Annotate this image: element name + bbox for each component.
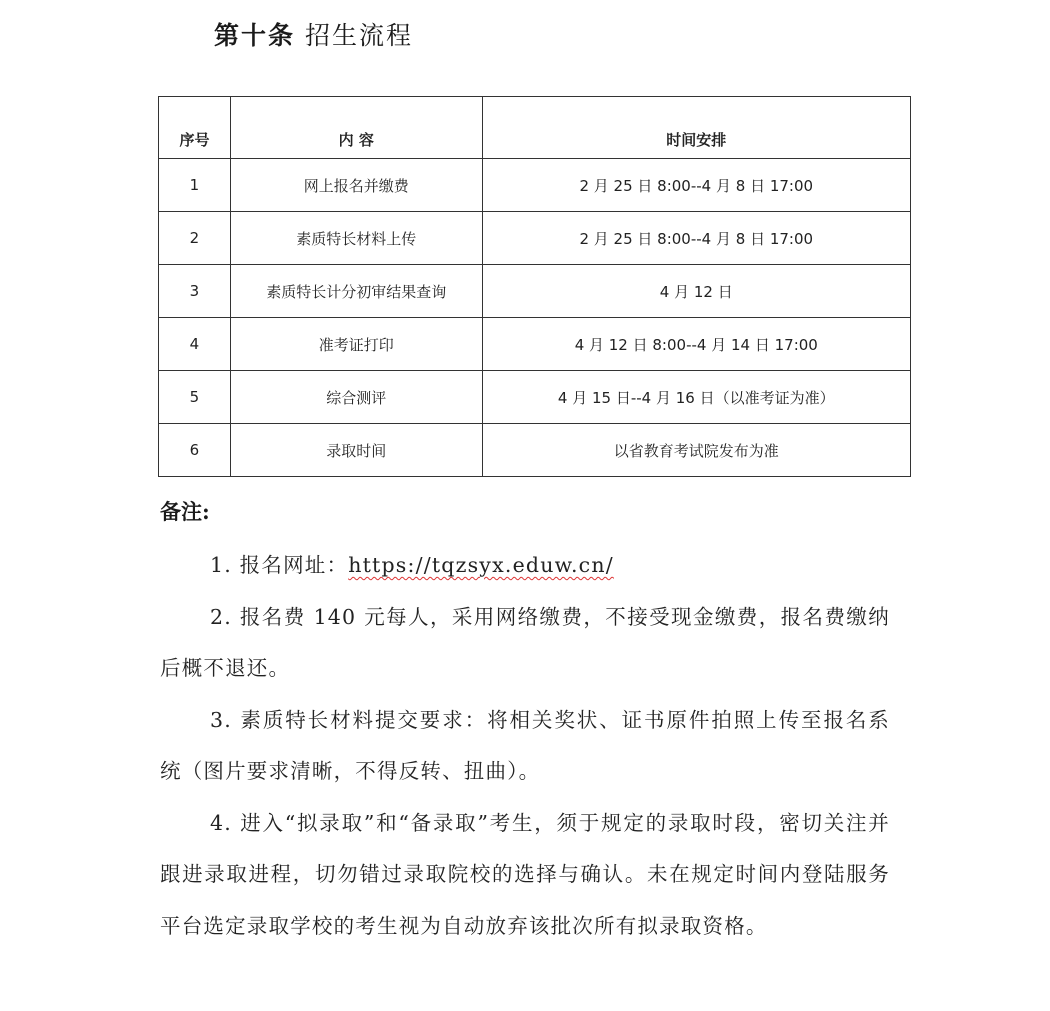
cell-no: 4 [159,318,231,371]
cell-time: 2 月 25 日 8:00--4 月 8 日 17:00 [482,159,910,212]
note-item-2: 2. 报名费 140 元每人，采用网络缴费，不接受现金缴费，报名费缴纳后概不退还… [160,592,890,695]
notes-heading: 备注: [160,496,210,526]
note-item-1: 1. 报名网址：https://tqzsyx.eduw.cn/ [160,540,890,592]
article-number: 第十条 [214,21,295,50]
header-no: 序号 [159,97,231,159]
cell-content: 准考证打印 [230,318,482,371]
header-content: 内 容 [230,97,482,159]
cell-time: 4 月 12 日 [482,265,910,318]
cell-content: 综合测评 [230,371,482,424]
cell-content: 素质特长材料上传 [230,212,482,265]
article-title: 第十条招生流程 [214,16,413,52]
note-1-prefix: 1. 报名网址： [210,553,348,577]
cell-no: 5 [159,371,231,424]
cell-time: 2 月 25 日 8:00--4 月 8 日 17:00 [482,212,910,265]
cell-no: 2 [159,212,231,265]
note-item-4: 4. 进入“拟录取”和“备录取”考生，须于规定的录取时段，密切关注并跟进录取进程… [160,798,890,953]
enrollment-schedule-table: 序号 内 容 时间安排 1 网上报名并缴费 2 月 25 日 8:00--4 月… [158,96,911,477]
table-row: 6 录取时间 以省教育考试院发布为准 [159,424,911,477]
cell-no: 1 [159,159,231,212]
cell-no: 3 [159,265,231,318]
cell-time: 以省教育考试院发布为准 [482,424,910,477]
table-row: 1 网上报名并缴费 2 月 25 日 8:00--4 月 8 日 17:00 [159,159,911,212]
cell-time: 4 月 15 日--4 月 16 日（以准考证为准） [482,371,910,424]
note-item-3: 3. 素质特长材料提交要求：将相关奖状、证书原件拍照上传至报名系统（图片要求清晰… [160,695,890,798]
table-row: 4 准考证打印 4 月 12 日 8:00--4 月 14 日 17:00 [159,318,911,371]
notes-list: 1. 报名网址：https://tqzsyx.eduw.cn/ 2. 报名费 1… [160,540,890,952]
cell-content: 网上报名并缴费 [230,159,482,212]
cell-no: 6 [159,424,231,477]
article-heading: 招生流程 [305,21,413,50]
header-time: 时间安排 [482,97,910,159]
cell-time: 4 月 12 日 8:00--4 月 14 日 17:00 [482,318,910,371]
cell-content: 录取时间 [230,424,482,477]
table-row: 3 素质特长计分初审结果查询 4 月 12 日 [159,265,911,318]
table-row: 5 综合测评 4 月 15 日--4 月 16 日（以准考证为准） [159,371,911,424]
table-row: 2 素质特长材料上传 2 月 25 日 8:00--4 月 8 日 17:00 [159,212,911,265]
registration-url-link[interactable]: https://tqzsyx.eduw.cn/ [348,553,614,577]
cell-content: 素质特长计分初审结果查询 [230,265,482,318]
table-header-row: 序号 内 容 时间安排 [159,97,911,159]
